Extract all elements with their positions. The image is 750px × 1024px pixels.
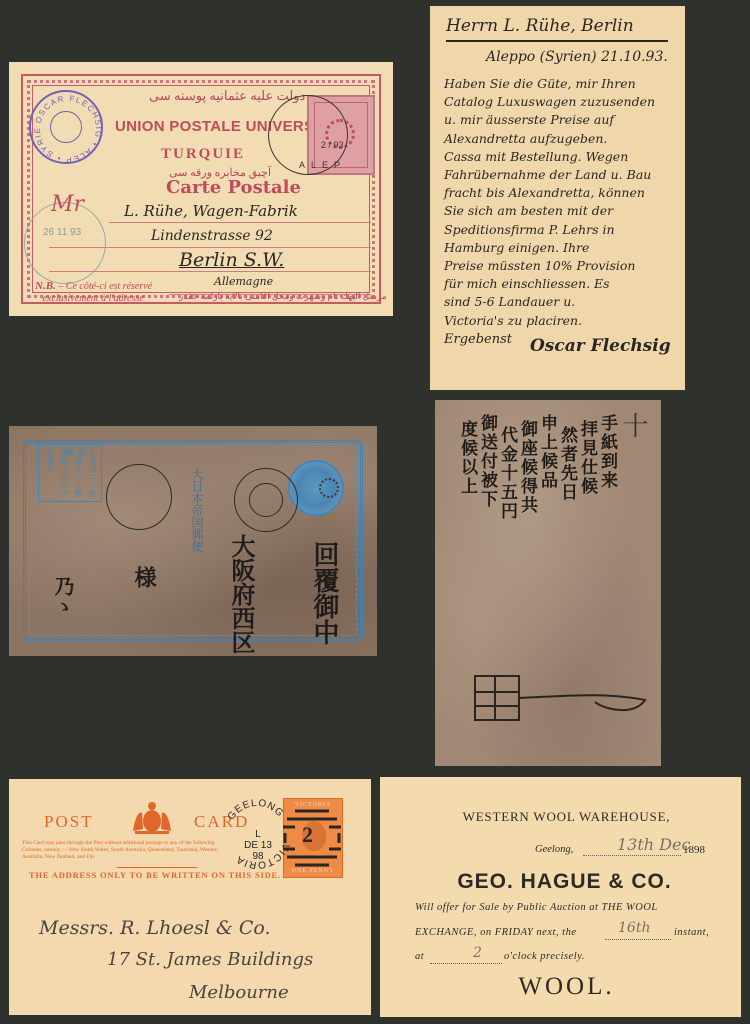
letter-line: Speditionsfirma P. Lehrs in [444, 222, 615, 237]
address-line-3: Melbourne [189, 982, 289, 1003]
instruction-box: 此表面ニハ宛所 ヲ書スヘシ郵便 書状ト同シク 取扱フ [38, 444, 102, 502]
salutation: Mr [51, 192, 84, 217]
letter-closing: Ergebenst [444, 332, 512, 347]
chrysanthemum-icon [319, 478, 339, 498]
turkey-postcard-front[interactable]: دولت عليه عثمانيه پوسته سى UNION POSTALE… [9, 62, 393, 316]
japan-postcard-back[interactable]: 手紙到来拝見仕候然者先日申上候品御座候得共代金十五円御送付被下度候以上 十 [435, 400, 661, 766]
letter-line: Haben Sie die Güte, mir Ihren [444, 76, 636, 91]
letter-line: Alexandretta aufzugeben. [444, 131, 607, 146]
notice-line-3a: at [415, 951, 424, 962]
origin-postmark: 2 / 93 ALEP [268, 95, 348, 175]
nb-notice: N.B. – Ce côté-ci est réservé exclusivem… [35, 280, 152, 305]
seal-sketch [455, 670, 655, 730]
royal-arms-icon [129, 801, 175, 835]
notice-line-2b: instant, [674, 927, 709, 938]
letter-line: Preise müssten 10% Provision [444, 258, 635, 273]
letter-line: Cassa mit Bestellung. Wegen [444, 149, 628, 164]
victoria-postcard-front[interactable]: POST CARD This Card may pass through the… [9, 779, 371, 1015]
country-name: TURQUIE [161, 146, 245, 163]
handwritten-hour: 2 [473, 945, 482, 961]
letter-line: fracht bis Alexandretta, können [444, 185, 645, 200]
address-line-1: Messrs. R. Lhoesl & Co. [39, 917, 271, 939]
letter-line: u. mir äusserste Preise auf [444, 112, 614, 127]
letter-line: Catalog Luxuswagen zuzusenden [444, 94, 655, 109]
place-label: Geelong, [535, 844, 573, 855]
letter-line: sind 5-6 Landauer u. [444, 294, 575, 309]
signature-mark: 十 [615, 412, 652, 440]
address-line-2: 17 St. James Buildings [107, 949, 313, 970]
letter-line: Hamburg einigen. Ihre [444, 240, 589, 255]
postmark-1 [106, 464, 172, 530]
letter-line: für mich einschliessen. Es [444, 276, 610, 291]
warehouse-heading: WESTERN WOOL WAREHOUSE, [380, 809, 741, 825]
numeral-cancel: 2 [302, 822, 313, 848]
nb-notice-arabic: مرسل اليهك نام وشهرت ومحل اقامتى بالايه … [179, 291, 387, 302]
svg-text:GEELONG: GEELONG [226, 799, 286, 822]
notice-line-3b: o'clock precisely. [504, 951, 585, 962]
address-line-1: L. Rühe, Wagen-Fabrik [124, 202, 298, 220]
svg-text:OSCAR FLECHSIG • ALEP • SYRIE: OSCAR FLECHSIG • ALEP • SYRIE [33, 94, 103, 164]
printed-text: 大日本帝国郵便 [189, 468, 206, 552]
letter-line: Fahrübernahme der Land u. Bau [444, 167, 651, 182]
card-type-label: Carte Postale [166, 177, 301, 198]
letter-heading: Herrn L. Rühe, Berlin [446, 16, 634, 36]
notice-line-2a: EXCHANGE, on FRIDAY next, the [415, 927, 576, 938]
handwritten-day: 16th [618, 920, 650, 936]
firm-name: GEO. HAGUE & CO. [380, 870, 741, 894]
address-line-3: Berlin S.W. [179, 249, 284, 271]
address-column-2: 大阪府西区 [224, 534, 259, 654]
japan-postcard-front[interactable]: 此表面ニハ宛所 ヲ書スヘシ郵便 書状ト同シク 取扱フ 大日本帝国郵便 回覆御中 … [9, 426, 377, 656]
sender-cachet: OSCAR FLECHSIG • ALEP • SYRIE [29, 90, 103, 164]
post-label: POST [44, 812, 94, 832]
address-column-3: 様 [129, 566, 160, 588]
turkey-postcard-back[interactable]: Herrn L. Rühe, Berlin Aleppo (Syrien) 21… [430, 6, 685, 390]
fine-print: This Card may pass through the Post with… [22, 840, 227, 861]
letter-line: Victoria's zu placiren. [444, 313, 582, 328]
wool-auction-notice[interactable]: WESTERN WOOL WAREHOUSE, Geelong, 13th De… [380, 777, 741, 1017]
address-line-2: Lindenstrasse 92 [151, 228, 273, 244]
commodity-heading: WOOL. [380, 973, 741, 1001]
letter-signature: Oscar Flechsig [530, 336, 671, 356]
letter-line: Sie sich am besten mit der [444, 203, 613, 218]
ottoman-header: دولت عليه عثمانيه پوسته سى [149, 88, 305, 104]
letter-dateline: Aleppo (Syrien) 21.10.93. [486, 49, 668, 65]
heading-underline [446, 40, 668, 42]
handwritten-date: 13th Dec [617, 835, 690, 854]
address-column-4: 乃ゝ [49, 576, 78, 616]
message-column: 度候以上 [455, 420, 480, 496]
address-line-4: Allemagne [214, 275, 273, 288]
address-column-1: 回覆御中 [306, 541, 343, 645]
notice-line-1: Will offer for Sale by Public Auction at… [415, 902, 658, 913]
postmark-date: L DE 13 98 [238, 829, 278, 862]
year-label: 1898 [683, 844, 705, 856]
address-instruction: THE ADDRESS ONLY TO BE WRITTEN ON THIS S… [29, 870, 281, 880]
